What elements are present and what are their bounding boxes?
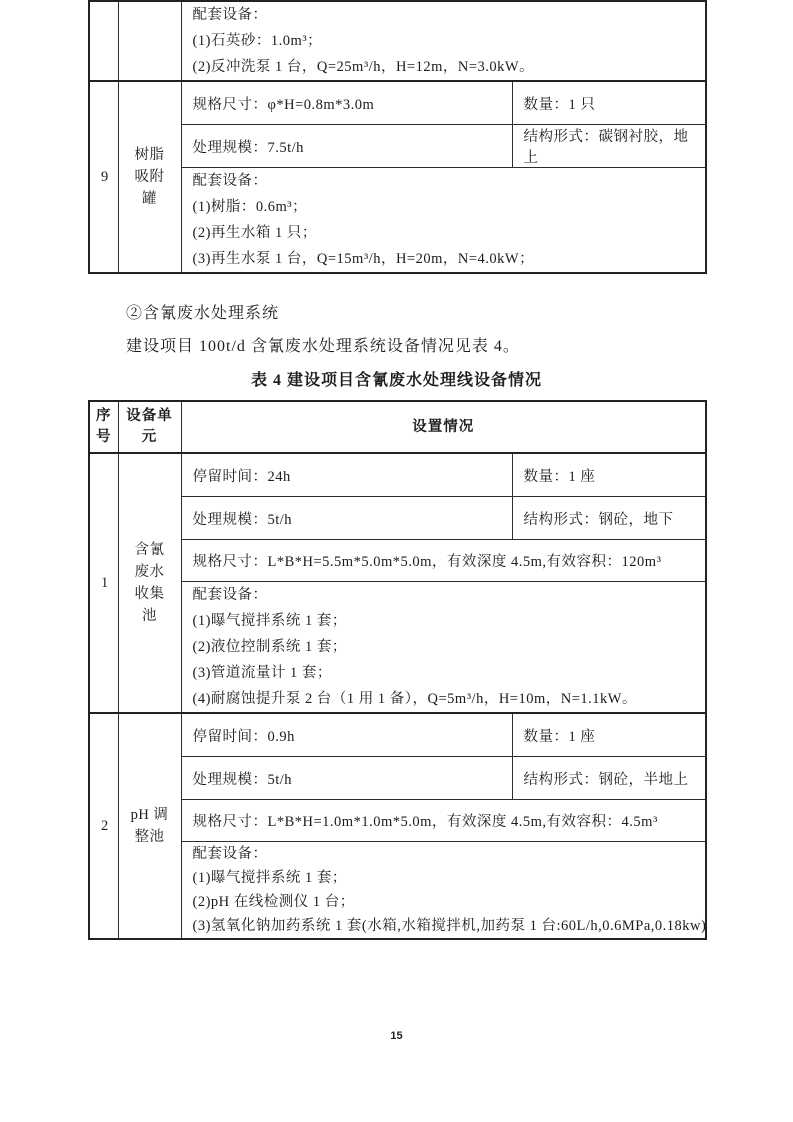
equipment-line: (1)曝气搅拌系统 1 套； [193, 608, 695, 634]
equipment-table-3-continued: 配套设备： (1)石英砂：1.0m³； (2)反冲洗泵 1 台，Q=25m³/h… [88, 0, 707, 274]
equipment-line: (2)液位控制系统 1 套； [193, 634, 695, 660]
table4-header-row: 序号 设备单元 设置情况 [89, 401, 706, 453]
equipment-line: 配套设备： [193, 168, 695, 194]
table4-title: 表 4 建设项目含氰废水处理线设备情况 [88, 368, 705, 394]
row2-qty: 数量：1 座 [512, 713, 706, 757]
equipment-line: (4)耐腐蚀提升泵 2 台（1 用 1 备），Q=5m³/h，H=10m，N=1… [193, 686, 695, 712]
equipment-line: (1)石英砂：1.0m³； [193, 28, 695, 54]
row9-number: 9 [89, 81, 118, 273]
row1-unit: 含氰废水收集池 [118, 453, 181, 713]
row1-retention: 停留时间：24h [181, 453, 512, 497]
equipment-line: (3)氢氧化钠加药系统 1 套(水箱,水箱搅拌机,加药泵 1 台:60L/h,0… [193, 914, 695, 938]
row9-qty: 数量：1 只 [512, 81, 706, 125]
section-heading: ②含氰废水处理系统 [126, 300, 705, 327]
table4-row2-equipment-row: 配套设备： (1)曝气搅拌系统 1 套； (2)pH 在线检测仪 1 台； (3… [89, 842, 706, 940]
header-setting: 设置情况 [181, 401, 706, 453]
row8-equipment-cell: 配套设备： (1)石英砂：1.0m³； (2)反冲洗泵 1 台，Q=25m³/h… [181, 1, 706, 81]
table3-row9-scale-row: 处理规模：7.5t/h 结构形式：碳钢衬胶，地上 [89, 125, 706, 168]
document-page: 配套设备： (1)石英砂：1.0m³； (2)反冲洗泵 1 台，Q=25m³/h… [0, 0, 793, 1122]
row2-structure: 结构形式：钢砼，半地上 [512, 757, 706, 800]
row9-spec: 规格尺寸：φ*H=0.8m*3.0m [181, 81, 512, 125]
row9-equipment-cell: 配套设备： (1)树脂：0.6m³； (2)再生水箱 1 只； (3)再生水泵 … [181, 168, 706, 274]
table4-row2-scale-row: 处理规模：5t/h 结构形式：钢砼，半地上 [89, 757, 706, 800]
equipment-line: (2)反冲洗泵 1 台，Q=25m³/h，H=12m，N=3.0kW。 [193, 54, 695, 80]
table3-row8-equipment-row: 配套设备： (1)石英砂：1.0m³； (2)反冲洗泵 1 台，Q=25m³/h… [89, 1, 706, 81]
row9-scale: 处理规模：7.5t/h [181, 125, 512, 168]
equipment-line: 配套设备： [193, 842, 695, 866]
cell-empty-unit [118, 1, 181, 81]
row2-spec: 规格尺寸：L*B*H=1.0m*1.0m*5.0m，有效深度 4.5m,有效容积… [181, 800, 706, 842]
equipment-line: 配套设备： [193, 2, 695, 28]
table4-row1-retention-row: 1 含氰废水收集池 停留时间：24h 数量：1 座 [89, 453, 706, 497]
equipment-line: (3)管道流量计 1 套； [193, 660, 695, 686]
table4-row1-scale-row: 处理规模：5t/h 结构形式：钢砼，地下 [89, 497, 706, 540]
row1-equipment-cell: 配套设备： (1)曝气搅拌系统 1 套； (2)液位控制系统 1 套； (3)管… [181, 582, 706, 714]
equipment-line: (1)树脂：0.6m³； [193, 194, 695, 220]
row9-structure: 结构形式：碳钢衬胶，地上 [512, 125, 706, 168]
section-block: ②含氰废水处理系统 建设项目 100t/d 含氰废水处理系统设备情况见表 4。 [126, 300, 705, 360]
table3-row9-spec-row: 9 树脂吸附罐 规格尺寸：φ*H=0.8m*3.0m 数量：1 只 [89, 81, 706, 125]
table4-row2-spec-row: 规格尺寸：L*B*H=1.0m*1.0m*5.0m，有效深度 4.5m,有效容积… [89, 800, 706, 842]
row1-spec: 规格尺寸：L*B*H=5.5m*5.0m*5.0m，有效深度 4.5m,有效容积… [181, 540, 706, 582]
table4-row2-retention-row: 2 pH 调整池 停留时间：0.9h 数量：1 座 [89, 713, 706, 757]
page-number: 15 [0, 1030, 793, 1042]
row1-scale: 处理规模：5t/h [181, 497, 512, 540]
equipment-line: (3)再生水泵 1 台，Q=15m³/h，H=20m，N=4.0kW； [193, 246, 695, 272]
row2-scale: 处理规模：5t/h [181, 757, 512, 800]
row2-number: 2 [89, 713, 118, 939]
equipment-line: 配套设备： [193, 582, 695, 608]
page-content: 配套设备： (1)石英砂：1.0m³； (2)反冲洗泵 1 台，Q=25m³/h… [88, 0, 705, 940]
equipment-line: (2)再生水箱 1 只； [193, 220, 695, 246]
cell-empty-no [89, 1, 118, 81]
equipment-line: (2)pH 在线检测仪 1 台； [193, 890, 695, 914]
table3-row9-equipment-row: 配套设备： (1)树脂：0.6m³； (2)再生水箱 1 只； (3)再生水泵 … [89, 168, 706, 274]
row1-number: 1 [89, 453, 118, 713]
header-no: 序号 [89, 401, 118, 453]
table4-row1-spec-row: 规格尺寸：L*B*H=5.5m*5.0m*5.0m，有效深度 4.5m,有效容积… [89, 540, 706, 582]
equipment-table-4: 序号 设备单元 设置情况 1 含氰废水收集池 停留时间：24h 数量：1 座 处… [88, 400, 707, 940]
row2-unit: pH 调整池 [118, 713, 181, 939]
row2-retention: 停留时间：0.9h [181, 713, 512, 757]
section-intro: 建设项目 100t/d 含氰废水处理系统设备情况见表 4。 [126, 333, 705, 360]
row9-unit: 树脂吸附罐 [118, 81, 181, 273]
row2-equipment-cell: 配套设备： (1)曝气搅拌系统 1 套； (2)pH 在线检测仪 1 台； (3… [181, 842, 706, 940]
equipment-line: (1)曝气搅拌系统 1 套； [193, 866, 695, 890]
header-unit: 设备单元 [118, 401, 181, 453]
row1-qty: 数量：1 座 [512, 453, 706, 497]
table4-row1-equipment-row: 配套设备： (1)曝气搅拌系统 1 套； (2)液位控制系统 1 套； (3)管… [89, 582, 706, 714]
row1-structure: 结构形式：钢砼，地下 [512, 497, 706, 540]
